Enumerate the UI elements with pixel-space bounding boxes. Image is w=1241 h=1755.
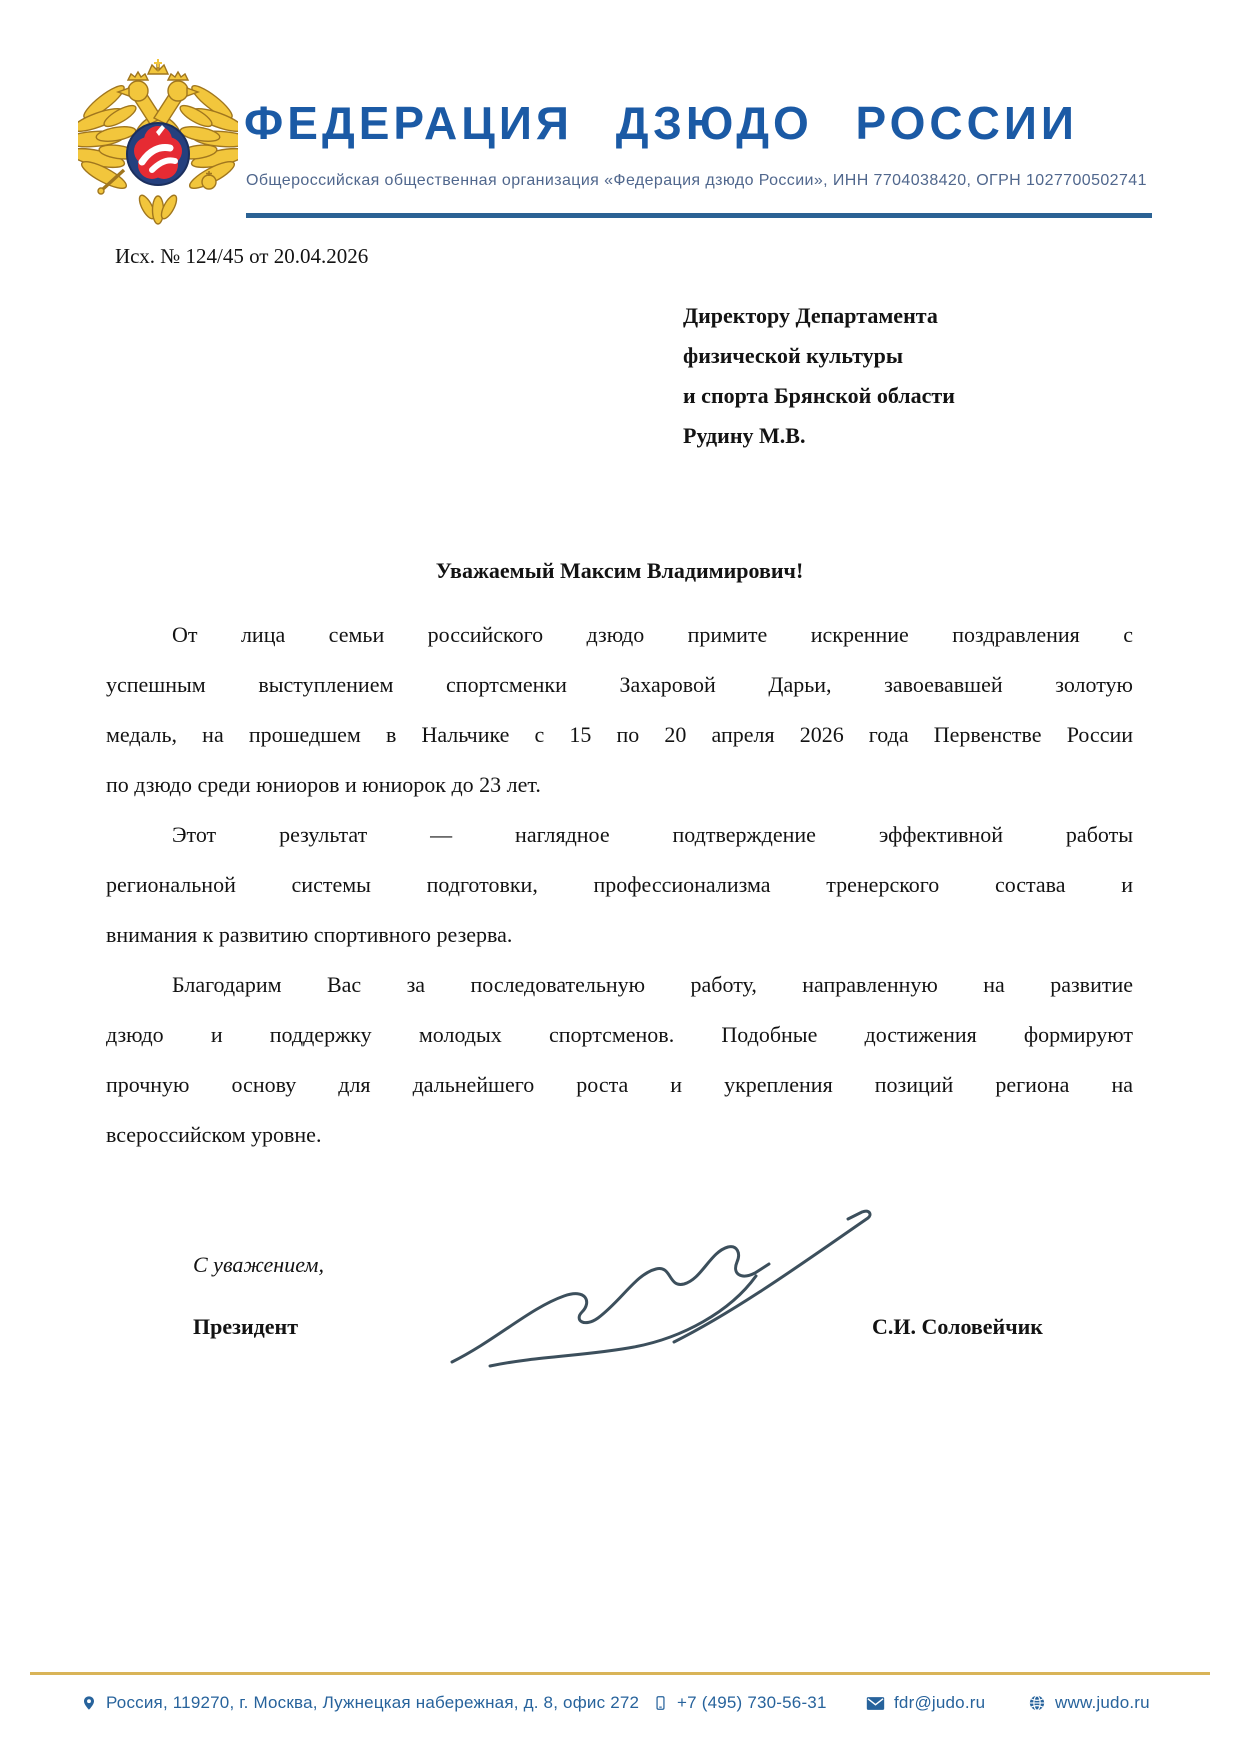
header-divider bbox=[246, 213, 1152, 218]
recipient-line: и спорта Брянской области bbox=[683, 376, 955, 416]
globe-icon bbox=[1028, 1694, 1046, 1712]
salutation: Уважаемый Максим Владимирович! bbox=[106, 558, 1133, 584]
envelope-icon bbox=[866, 1696, 885, 1711]
footer-divider bbox=[30, 1672, 1210, 1675]
footer-phone: +7 (495) 730-56-31 bbox=[677, 1693, 827, 1713]
body-line: От лица семьи российского дзюдо примите … bbox=[106, 610, 1133, 660]
signature-autograph bbox=[438, 1192, 910, 1374]
recipient-line: Рудину М.В. bbox=[683, 416, 955, 456]
signer-title: Президент bbox=[193, 1314, 298, 1340]
reference-number: Исх. № 124/45 от 20.04.2026 bbox=[115, 244, 368, 269]
footer-email: fdr@judo.ru bbox=[894, 1693, 985, 1713]
body-line: прочную основу для дальнейшего роста и у… bbox=[106, 1060, 1133, 1110]
body-line: по дзюдо среди юниоров и юниорок до 23 л… bbox=[106, 760, 1133, 810]
recipient-line: физической культуры bbox=[683, 336, 955, 376]
recipient-block: Директору Департамента физической культу… bbox=[683, 296, 955, 456]
body-line: дзюдо и поддержку молодых спортсменов. П… bbox=[106, 1010, 1133, 1060]
closing-phrase: С уважением, bbox=[193, 1252, 324, 1278]
double-headed-eagle-logo bbox=[78, 56, 238, 232]
letter-page: ФЕДЕРАЦИЯ ДЗЮДО РОССИИ Общероссийская об… bbox=[0, 0, 1241, 1755]
letter-body: От лица семьи российского дзюдо примите … bbox=[106, 610, 1133, 1160]
location-pin-icon bbox=[81, 1693, 97, 1713]
footer-address: Россия, 119270, г. Москва, Лужнецкая наб… bbox=[106, 1693, 639, 1713]
recipient-line: Директору Департамента bbox=[683, 296, 955, 336]
body-line: внимания к развитию спортивного резерва. bbox=[106, 910, 1133, 960]
footer-website: www.judo.ru bbox=[1055, 1693, 1150, 1713]
body-line: всероссийском уровне. bbox=[106, 1110, 1133, 1160]
body-line: медаль, на прошедшем в Нальчике с 15 по … bbox=[106, 710, 1133, 760]
footer-phone-item: +7 (495) 730-56-31 bbox=[653, 1690, 827, 1716]
phone-icon bbox=[653, 1693, 668, 1713]
org-subtitle: Общероссийская общественная организация … bbox=[246, 172, 1147, 190]
footer-email-item: fdr@judo.ru bbox=[866, 1690, 985, 1716]
org-name: ФЕДЕРАЦИЯ ДЗЮДО РОССИИ bbox=[244, 96, 1078, 150]
body-line: региональной системы подготовки, професс… bbox=[106, 860, 1133, 910]
footer-website-item: www.judo.ru bbox=[1028, 1690, 1150, 1716]
body-line: Благодарим Вас за последовательную работ… bbox=[106, 960, 1133, 1010]
body-line: Этот результат — наглядное подтверждение… bbox=[106, 810, 1133, 860]
footer-address-item: Россия, 119270, г. Москва, Лужнецкая наб… bbox=[81, 1690, 639, 1716]
body-line: успешным выступлением спортсменки Захаро… bbox=[106, 660, 1133, 710]
